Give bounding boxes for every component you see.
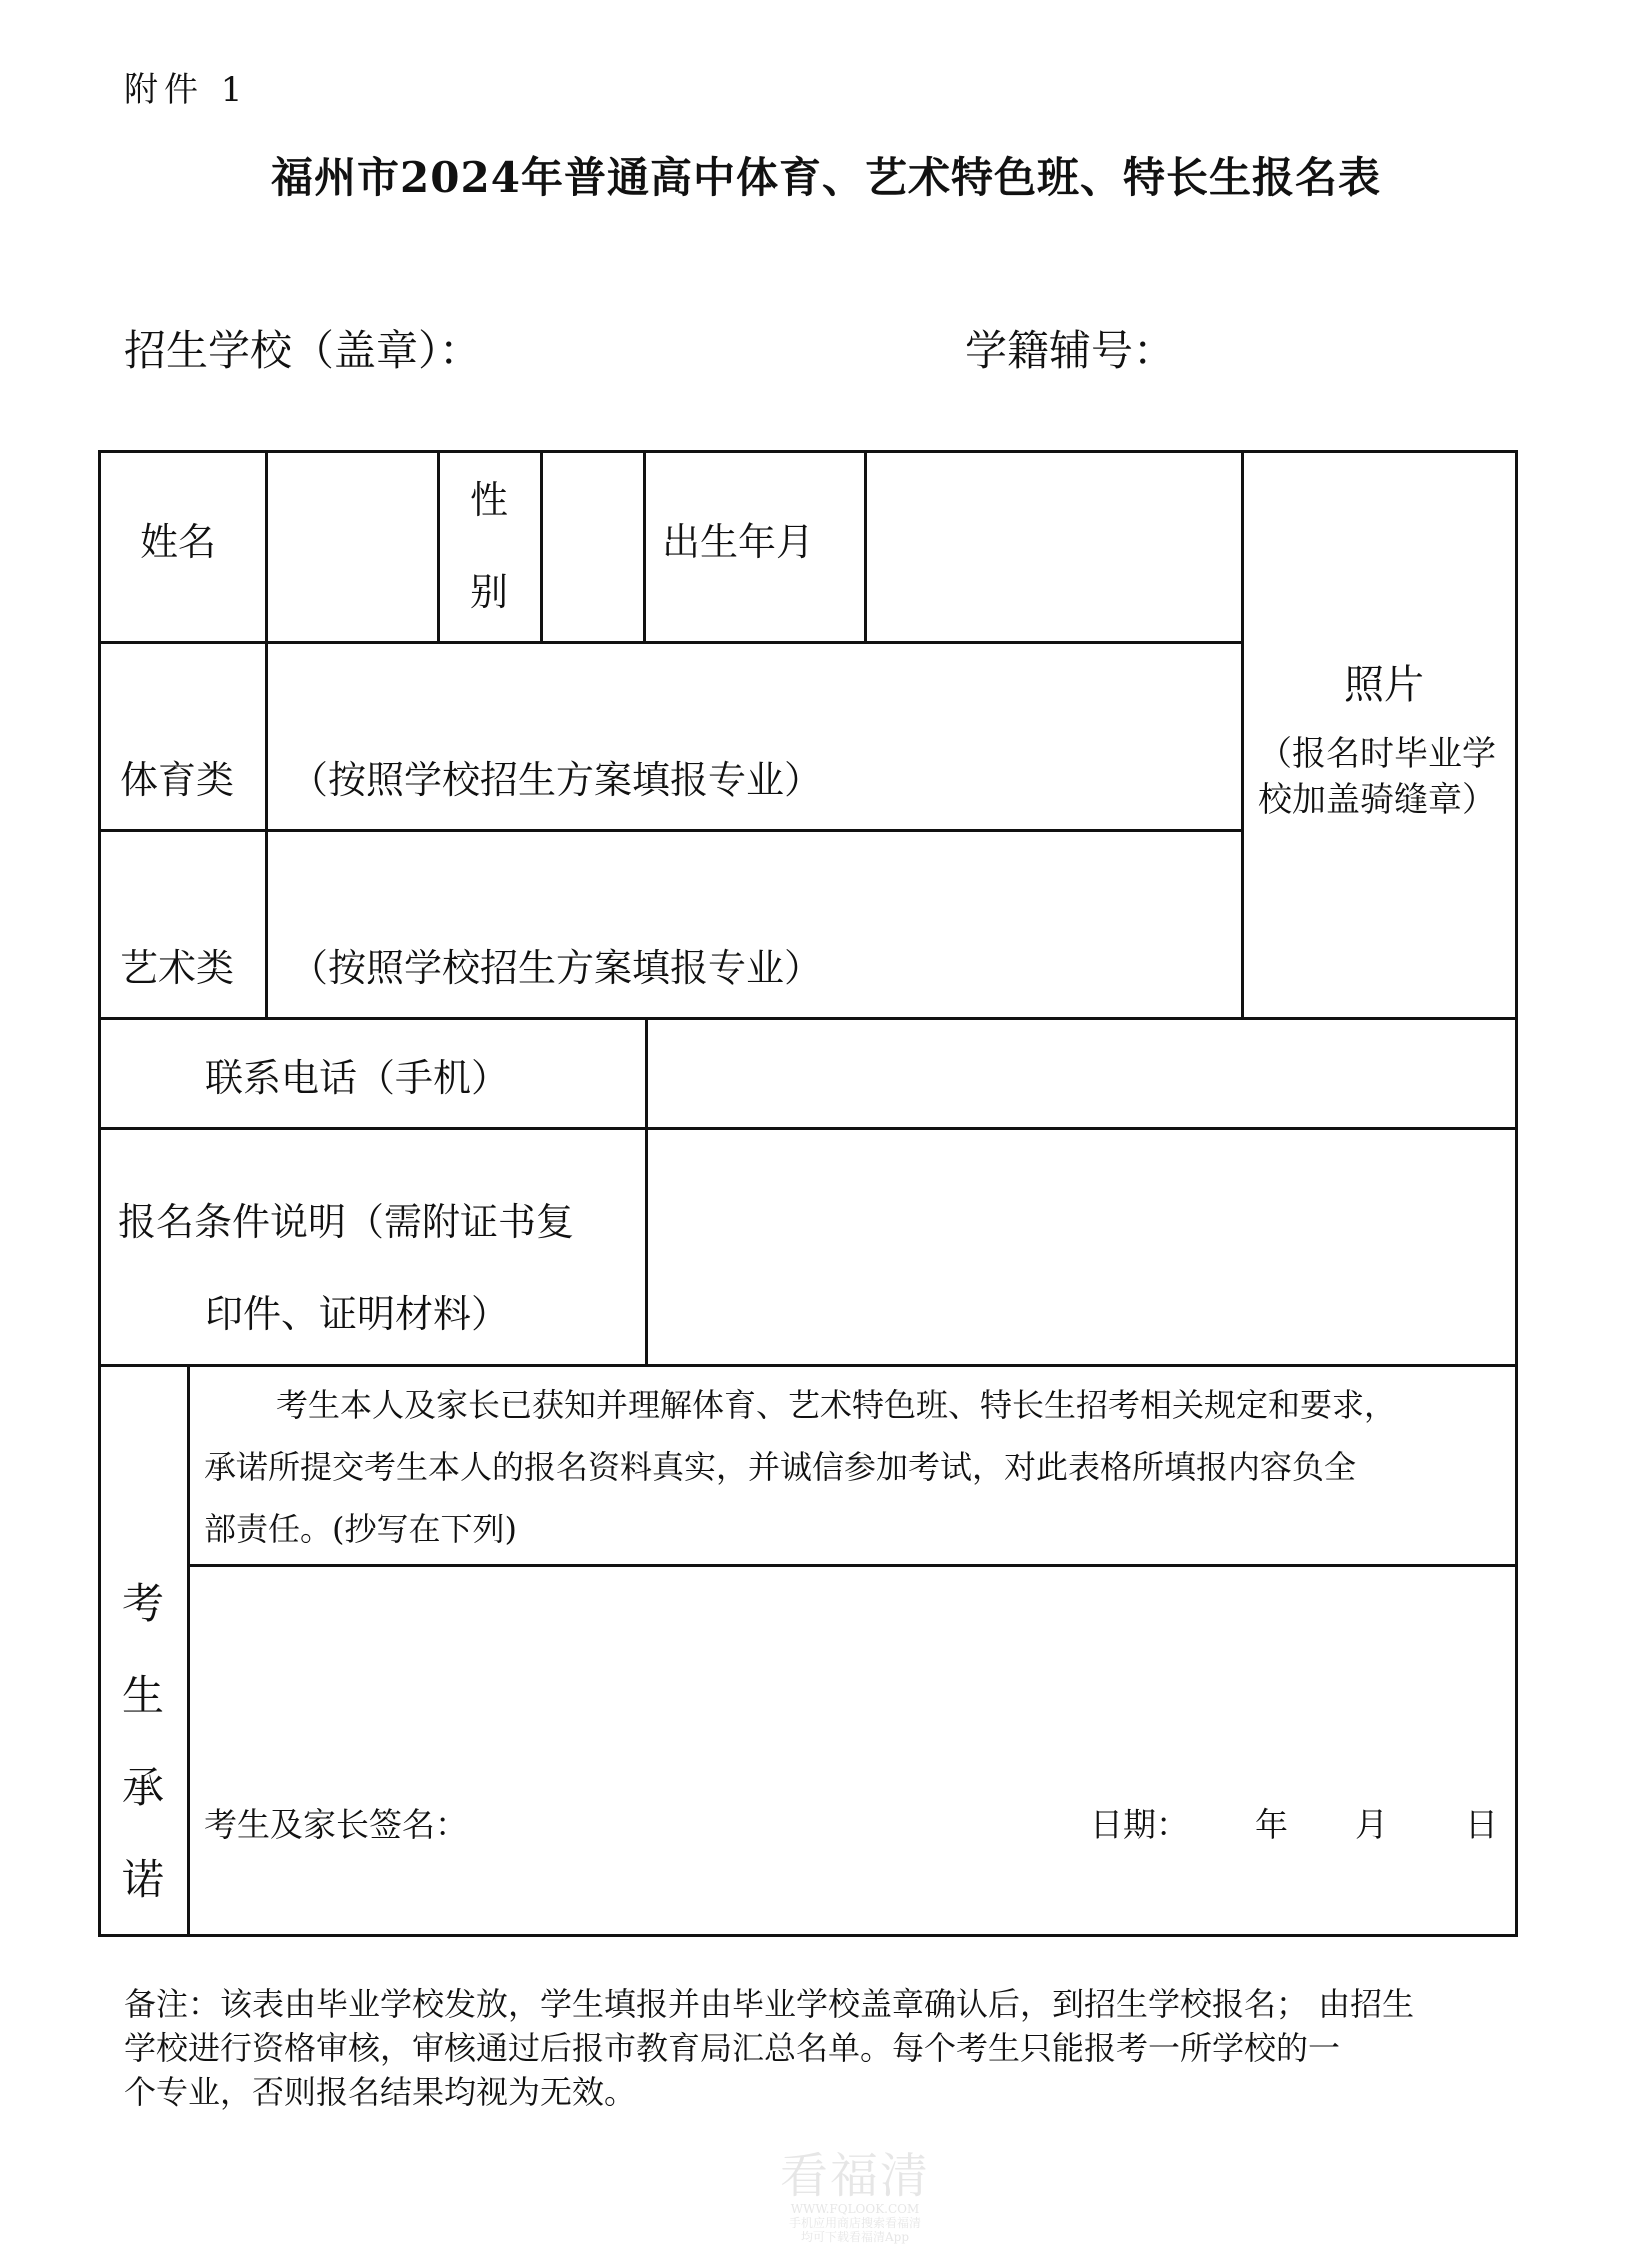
footer-note: 备注：该表由毕业学校发放，学生填报并由毕业学校盖章确认后，到招生学校报名； 由招… bbox=[124, 1982, 1524, 2114]
sports-label: 体育类 bbox=[120, 758, 234, 804]
conditions-label-line1: 报名条件说明（需附证书复 bbox=[118, 1200, 574, 1246]
signature-label: 考生及家长签名： bbox=[204, 1805, 468, 1845]
gender-label-line2: 别 bbox=[470, 570, 508, 616]
divider bbox=[98, 829, 268, 832]
promise-statement-line3: 部责任。(抄写在下列) bbox=[204, 1498, 517, 1560]
table-border-left bbox=[98, 450, 101, 1937]
divider bbox=[98, 1364, 1518, 1367]
watermark-line1: 手机应用商店搜索看福清 bbox=[755, 2216, 955, 2230]
month-label: 月 bbox=[1355, 1805, 1388, 1845]
promise-side-char: 承 bbox=[122, 1742, 162, 1834]
registration-number-label: 学籍辅号： bbox=[965, 318, 1175, 378]
form-title: 福州市2024年普通高中体育、艺术特色班、特长生报名表 bbox=[0, 145, 1652, 205]
photo-note: （报名时毕业学校加盖骑缝章） bbox=[1258, 731, 1498, 823]
watermark: 看福清 WWW.FQLOOK.COM 手机应用商店搜索看福清 均可下载看福清Ap… bbox=[755, 2150, 955, 2244]
photo-box[interactable]: 照片 （报名时毕业学校加盖骑缝章） bbox=[1244, 453, 1515, 1017]
name-field[interactable] bbox=[268, 453, 437, 641]
year-label: 年 bbox=[1255, 1805, 1288, 1845]
gender-label-line1: 性 bbox=[470, 478, 508, 524]
attachment-label: 附件 1 bbox=[124, 62, 248, 111]
phone-label: 联系电话（手机） bbox=[205, 1056, 509, 1102]
name-label: 姓名 bbox=[140, 520, 216, 566]
promise-statement-line1: 考生本人及家长已获知并理解体育、艺术特色班、特长生招考相关规定和要求， bbox=[276, 1374, 1396, 1436]
phone-field[interactable] bbox=[648, 1020, 1515, 1127]
promise-side-char: 生 bbox=[122, 1650, 162, 1742]
signature-field[interactable] bbox=[500, 1800, 1060, 1850]
arts-label: 艺术类 bbox=[120, 946, 234, 992]
arts-major-field[interactable]: （按照学校招生方案填报专业） bbox=[290, 946, 822, 992]
table-border-bottom bbox=[98, 1934, 1518, 1937]
birth-date-field[interactable] bbox=[867, 453, 1241, 641]
promise-side-char: 考 bbox=[122, 1558, 162, 1650]
watermark-site: WWW.FQLOOK.COM bbox=[755, 2202, 955, 2216]
watermark-line2: 均可下载看福清App bbox=[755, 2230, 955, 2244]
divider bbox=[643, 450, 646, 642]
footer-note-line2: 学校进行资格审核，审核通过后报市教育局汇总名单。每个考生只能报考一所学校的一 bbox=[124, 2026, 1524, 2070]
birth-date-label: 出生年月 bbox=[662, 520, 814, 566]
promise-copy-area[interactable] bbox=[190, 1567, 1515, 1807]
divider bbox=[98, 641, 1243, 644]
watermark-brand: 看福清 bbox=[755, 2150, 955, 2202]
conditions-field[interactable] bbox=[648, 1130, 1515, 1364]
promise-side-label: 考 生 承 诺 bbox=[122, 1558, 162, 1926]
divider bbox=[265, 829, 1243, 832]
date-label: 日期： bbox=[1090, 1805, 1189, 1845]
day-label: 日 bbox=[1465, 1805, 1498, 1845]
gender-field[interactable] bbox=[543, 453, 640, 641]
table-border-right bbox=[1515, 450, 1518, 1937]
footer-note-line3: 个专业，否则报名结果均视为无效。 bbox=[124, 2070, 1524, 2114]
photo-title: 照片 bbox=[1344, 661, 1424, 709]
conditions-label-line2: 印件、证明材料） bbox=[205, 1292, 509, 1338]
school-seal-label: 招生学校（盖章）： bbox=[124, 318, 481, 378]
divider bbox=[437, 450, 440, 642]
promise-statement-line2: 承诺所提交考生本人的报名资料真实，并诚信参加考试，对此表格所填报内容负全 bbox=[204, 1436, 1356, 1498]
footer-note-line1: 备注：该表由毕业学校发放，学生填报并由毕业学校盖章确认后，到招生学校报名； 由招… bbox=[124, 1982, 1524, 2026]
sports-major-field[interactable]: （按照学校招生方案填报专业） bbox=[290, 758, 822, 804]
promise-side-char: 诺 bbox=[122, 1834, 162, 1926]
